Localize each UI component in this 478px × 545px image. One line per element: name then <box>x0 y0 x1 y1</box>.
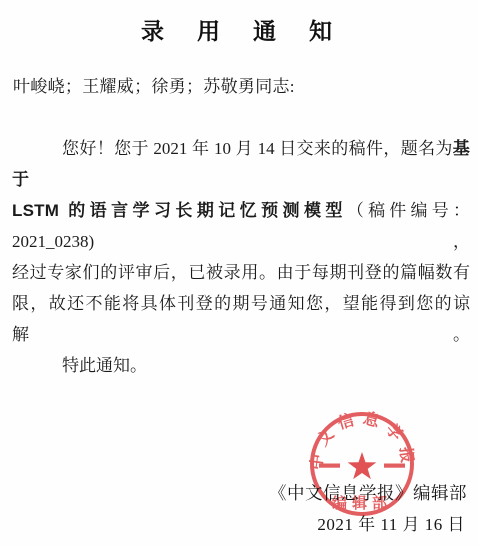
seal-star-icon <box>348 452 377 479</box>
body-text: 您好！您于 2021 年 10 月 14 日交来的稿件，题名为 <box>62 139 453 158</box>
date-line: 2021 年 11 月 16 日 <box>317 510 465 535</box>
body-line-4: 限，故还不能将具体刊登的期号通知您，望能得到您的谅解。 <box>12 288 470 350</box>
seal-right-bar <box>384 464 405 468</box>
signature-line: 《中文信息学报》编辑部 <box>269 480 467 505</box>
body-line-5: 特此通知。 <box>12 350 470 381</box>
body-paragraph: 您好！您于 2021 年 10 月 14 日交来的稿件，题名为基于 LSTM 的… <box>12 133 470 381</box>
body-line-2: LSTM 的语言学习长期记忆预测模型（稿件编号：2021_0238)， <box>12 195 470 257</box>
seal-left-bar <box>319 464 340 468</box>
acceptance-notice-document: 录 用 通 知 叶峻峣；王耀威；徐勇；苏敬勇同志: 您好！您于 2021 年 1… <box>0 0 478 545</box>
body-line-3: 经过专家们的评审后，已被录用。由于每期刊登的篇幅数有 <box>12 257 470 288</box>
paper-title-bold: LSTM 的语言学习长期记忆预测模型 <box>12 201 347 220</box>
body-line-1: 您好！您于 2021 年 10 月 14 日交来的稿件，题名为基于 <box>12 133 470 195</box>
document-title: 录 用 通 知 <box>0 0 478 46</box>
addressee-line: 叶峻峣；王耀威；徐勇；苏敬勇同志: <box>13 72 295 97</box>
